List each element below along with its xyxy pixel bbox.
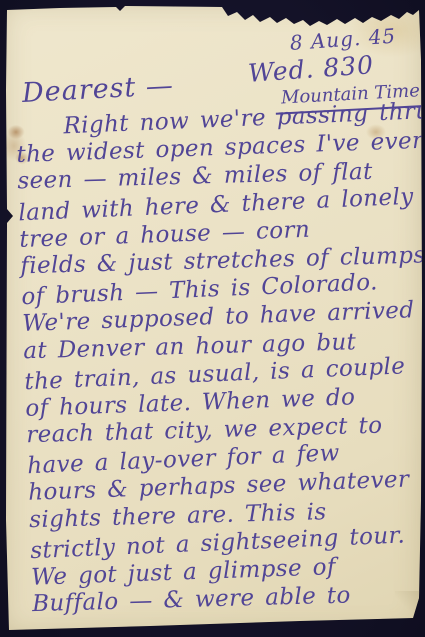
salutation: Dearest — [21, 70, 174, 109]
letter-photo: 8 Aug. 45 Wed. 830 Mountain Time Dearest… [0, 0, 425, 637]
letter-body: Right now we're passing thru the widest … [15, 99, 425, 620]
letter-paper: 8 Aug. 45 Wed. 830 Mountain Time Dearest… [0, 0, 425, 637]
